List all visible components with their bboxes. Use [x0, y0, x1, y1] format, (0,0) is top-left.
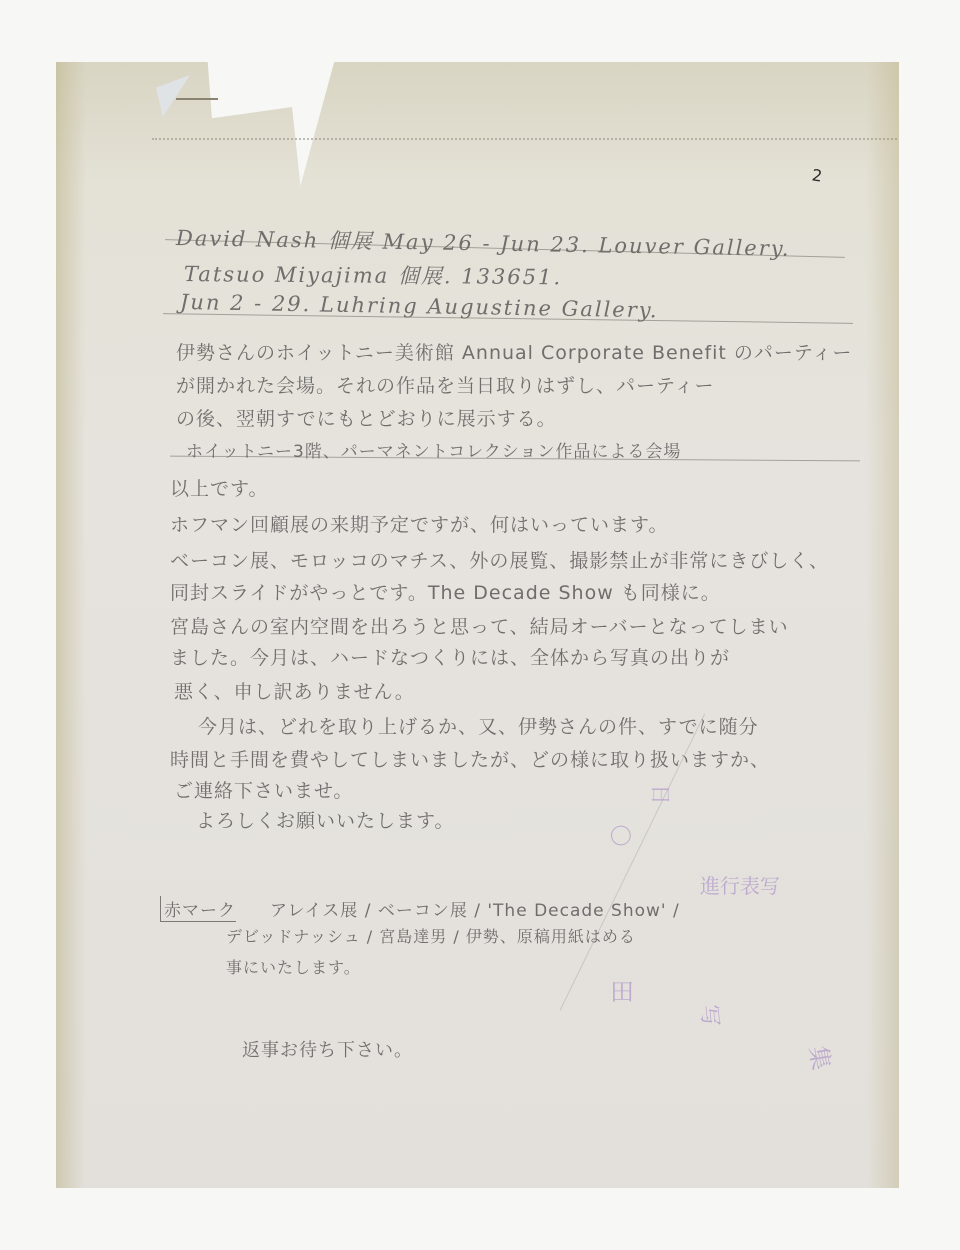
margin-note: 写: [695, 1003, 728, 1028]
note-line: アレイス展 / ベーコン展 / 'The Decade Show' /: [270, 896, 680, 921]
paragraph-1-line: が開かれた会場。それの作品を当日取りはずし、パーティー: [176, 371, 714, 398]
header-line-2: Tatsuo Miyajima 個展. 133651.: [184, 258, 562, 291]
paragraph-2-line: ホフマン回顧展の来期予定ですが、何はいっています。: [170, 510, 668, 537]
paragraph-3-line: 時間と手間を費やしてしまいましたが、どの様に取り扱いますか、: [170, 745, 770, 772]
paragraph-2-line: 同封スライドがやっとです。The Decade Show も同様に。: [170, 578, 721, 605]
paragraph-1-line: 伊勢さんのホイットニー美術館 Annual Corporate Benefit …: [176, 338, 852, 365]
note-line: デビッドナッシュ / 宮島達男 / 伊勢、原稿用紙はめる: [226, 924, 636, 947]
paragraph-2-line: 悪く、申し訳ありません。: [174, 677, 415, 704]
paragraph-2-line: ました。今月は、ハードなつくりには、全体から写真の出りが: [170, 643, 730, 670]
note-line: 事にいたします。: [226, 955, 361, 978]
staple-mark: [176, 98, 218, 103]
margin-note: 田: [610, 972, 634, 1007]
red-mark-label: 赤マーク: [160, 896, 236, 922]
closing-request: 返事お待ち下さい。: [242, 1036, 413, 1062]
paragraph-1-line: の後、翌朝すでにもとどおりに展示する。: [176, 404, 557, 431]
perforation-line: [152, 138, 897, 140]
paragraph-2-line: 宮島さんの室内空間を出ろうと思って、結局オーバーとなってしまい: [170, 612, 789, 639]
paragraph-2-line: ベーコン展、モロッコのマチス、外の展覧、撮影禁止が非常にきびしく、: [170, 546, 829, 573]
closing-text: 以上です。: [170, 474, 268, 501]
paragraph-3-line: 今月は、どれを取り上げるか、又、伊勢さんの件、すでに随分: [198, 712, 759, 739]
margin-note: 日: [648, 785, 677, 805]
margin-note: 進行表写: [700, 870, 780, 899]
paragraph-3-line: ご連絡下さいませ。: [174, 776, 353, 803]
paragraph-3-line: よろしくお願いいたします。: [196, 806, 454, 833]
